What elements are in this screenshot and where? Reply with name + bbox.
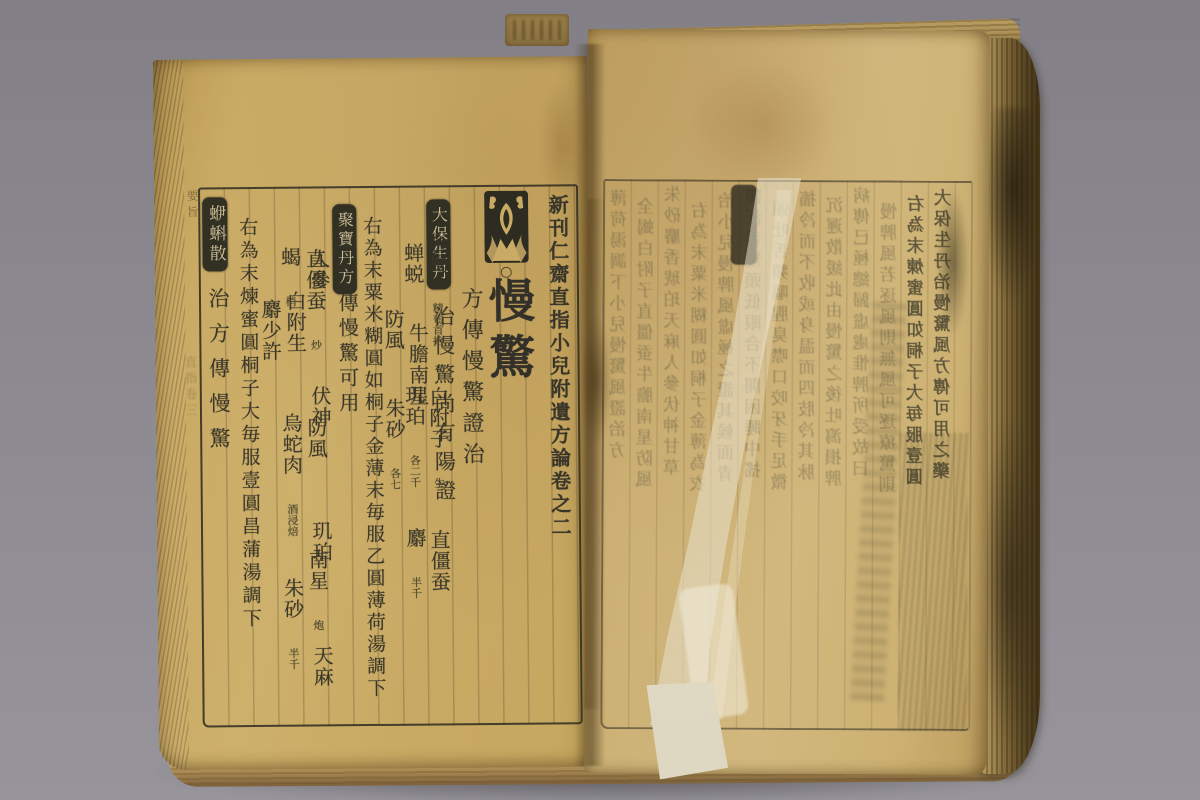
- bleedthrough-column: 大保生丹治慢驚風方傳可用之藥: [934, 189, 954, 713]
- paper-stain: [687, 57, 838, 192]
- bleedthrough-columns: 薄荷湯調下小兒慢驚風證治方全蝎白附子直僵蚕牛膽南星防風朱砂麝香琥珀天麻人參伏神甘…: [602, 181, 971, 729]
- ingredient: 朱砂: [384, 398, 404, 440]
- bleedthrough-column: 全蝎白附子直僵蚕牛膽南星防風: [637, 197, 657, 721]
- ingredient: 南星: [307, 549, 327, 591]
- gutter-stain: [580, 316, 612, 446]
- formula-instructions: 右為末粟米糊圓如桐子金薄末毎服乙圓薄荷湯調下: [361, 216, 384, 700]
- formula-indication: 治方傳慢驚: [207, 287, 230, 462]
- ingredient: 烏蛇肉: [281, 413, 302, 476]
- section-subtitle: 方傳慢驚證治: [459, 287, 483, 473]
- ingredient: 蝎: [280, 247, 300, 268]
- ingredient: 全蝎: [426, 232, 446, 274]
- ingredient-note: 各二千: [409, 455, 420, 488]
- ingredient-note: 酒浸焙: [287, 504, 298, 537]
- ingredient: 防風: [383, 309, 403, 351]
- book: 要旨 直指卷三 新刊仁齋直指小兒附遺方論卷之二 慢驚 方傳慢驚證治 大保生丹 治…: [150, 16, 1056, 788]
- ingredient-note: 梢: [285, 296, 296, 307]
- bleedthrough-column: 薄荷湯調下小兒慢驚風證治方: [610, 189, 630, 713]
- margin-label-bottom: 直指卷三: [182, 356, 200, 420]
- fore-edge-stain: [982, 108, 1034, 308]
- bleedthrough-column: 病傳已極總歸虛處惟脾所受故曰: [853, 186, 873, 710]
- book-title-column: 新刊仁齋直指小兒附遺方論卷之二: [547, 194, 570, 539]
- ingredient: 防風: [306, 417, 326, 459]
- ingredient-note: 炒: [310, 339, 321, 350]
- ingredient: 玑珀: [404, 385, 424, 427]
- ingredient-note: 半千: [410, 577, 421, 599]
- fore-edge-stain: [980, 418, 1034, 748]
- spine-label-tab: [505, 14, 569, 46]
- ingredient-column: 蝎 梢 烏蛇肉 酒浸焙 朱砂 半千 麝少許: [260, 247, 304, 725]
- ingredient: 麝少許: [260, 299, 281, 362]
- formula-instructions: 右為末煉蜜圓桐子大毎服壹圓昌蒲湯調下: [237, 217, 260, 631]
- ingredient-note: 半千: [288, 648, 299, 670]
- ingredient: 蝉蜕: [403, 243, 423, 285]
- ingredient-note: 各七: [389, 468, 400, 490]
- bleedthrough-column: 右為末煉蜜圓如桐子大毎服壹圓: [907, 195, 927, 719]
- ingredient: 白附子: [428, 386, 449, 449]
- ingredient-note: 炮: [313, 619, 324, 630]
- section-heading: 慢驚: [486, 277, 533, 389]
- ingredient: 朱砂: [282, 578, 302, 620]
- left-text-frame: 新刊仁齋直指小兒附遺方論卷之二 慢驚 方傳慢驚證治 大保生丹 治慢驚尚有陽證 全…: [198, 184, 583, 727]
- left-page: 要旨 直指卷三 新刊仁齋直指小兒附遺方論卷之二 慢驚 方傳慢驚證治 大保生丹 治…: [153, 56, 593, 770]
- ingredient-column: 蝉蜕 玑珀 各二千 麝 半千 防風 朱砂 各七: [383, 243, 427, 724]
- ingredient-note: 精萄首拾: [432, 302, 443, 346]
- bleedthrough-column: 沉遲散緩此由慢驚之後吐瀉損脾: [826, 196, 846, 720]
- formula-label-stamp: 蛜蝌散: [202, 197, 228, 271]
- formula-label-stamp: 聚寶丹方: [332, 204, 357, 294]
- bleedthrough-column: 慢脾風若逐風則無風可逐療驚則: [880, 203, 900, 727]
- right-text-frame: 薄荷湯調下小兒慢驚風證治方全蝎白附子直僵蚕牛膽南星防風朱砂麝香琥珀天麻人參伏神甘…: [600, 179, 973, 731]
- formula-indication: 傳慢驚可用: [337, 292, 358, 417]
- ingredient: 麝: [405, 528, 425, 549]
- ingredient-note: 生: [434, 477, 445, 488]
- carved-floral-ornament-icon: [484, 191, 529, 267]
- bleedthrough-column: 搐冷而不收或身温而四肢冷其脉: [799, 190, 819, 714]
- ingredient: 直僵蚕: [305, 248, 326, 311]
- ingredient: 直僵蚕: [429, 529, 450, 592]
- right-page: 薄荷湯調下小兒慢驚風證治方全蝎白附子直僵蚕牛膽南星防風朱砂麝香琥珀天麻人參伏神甘…: [584, 29, 990, 775]
